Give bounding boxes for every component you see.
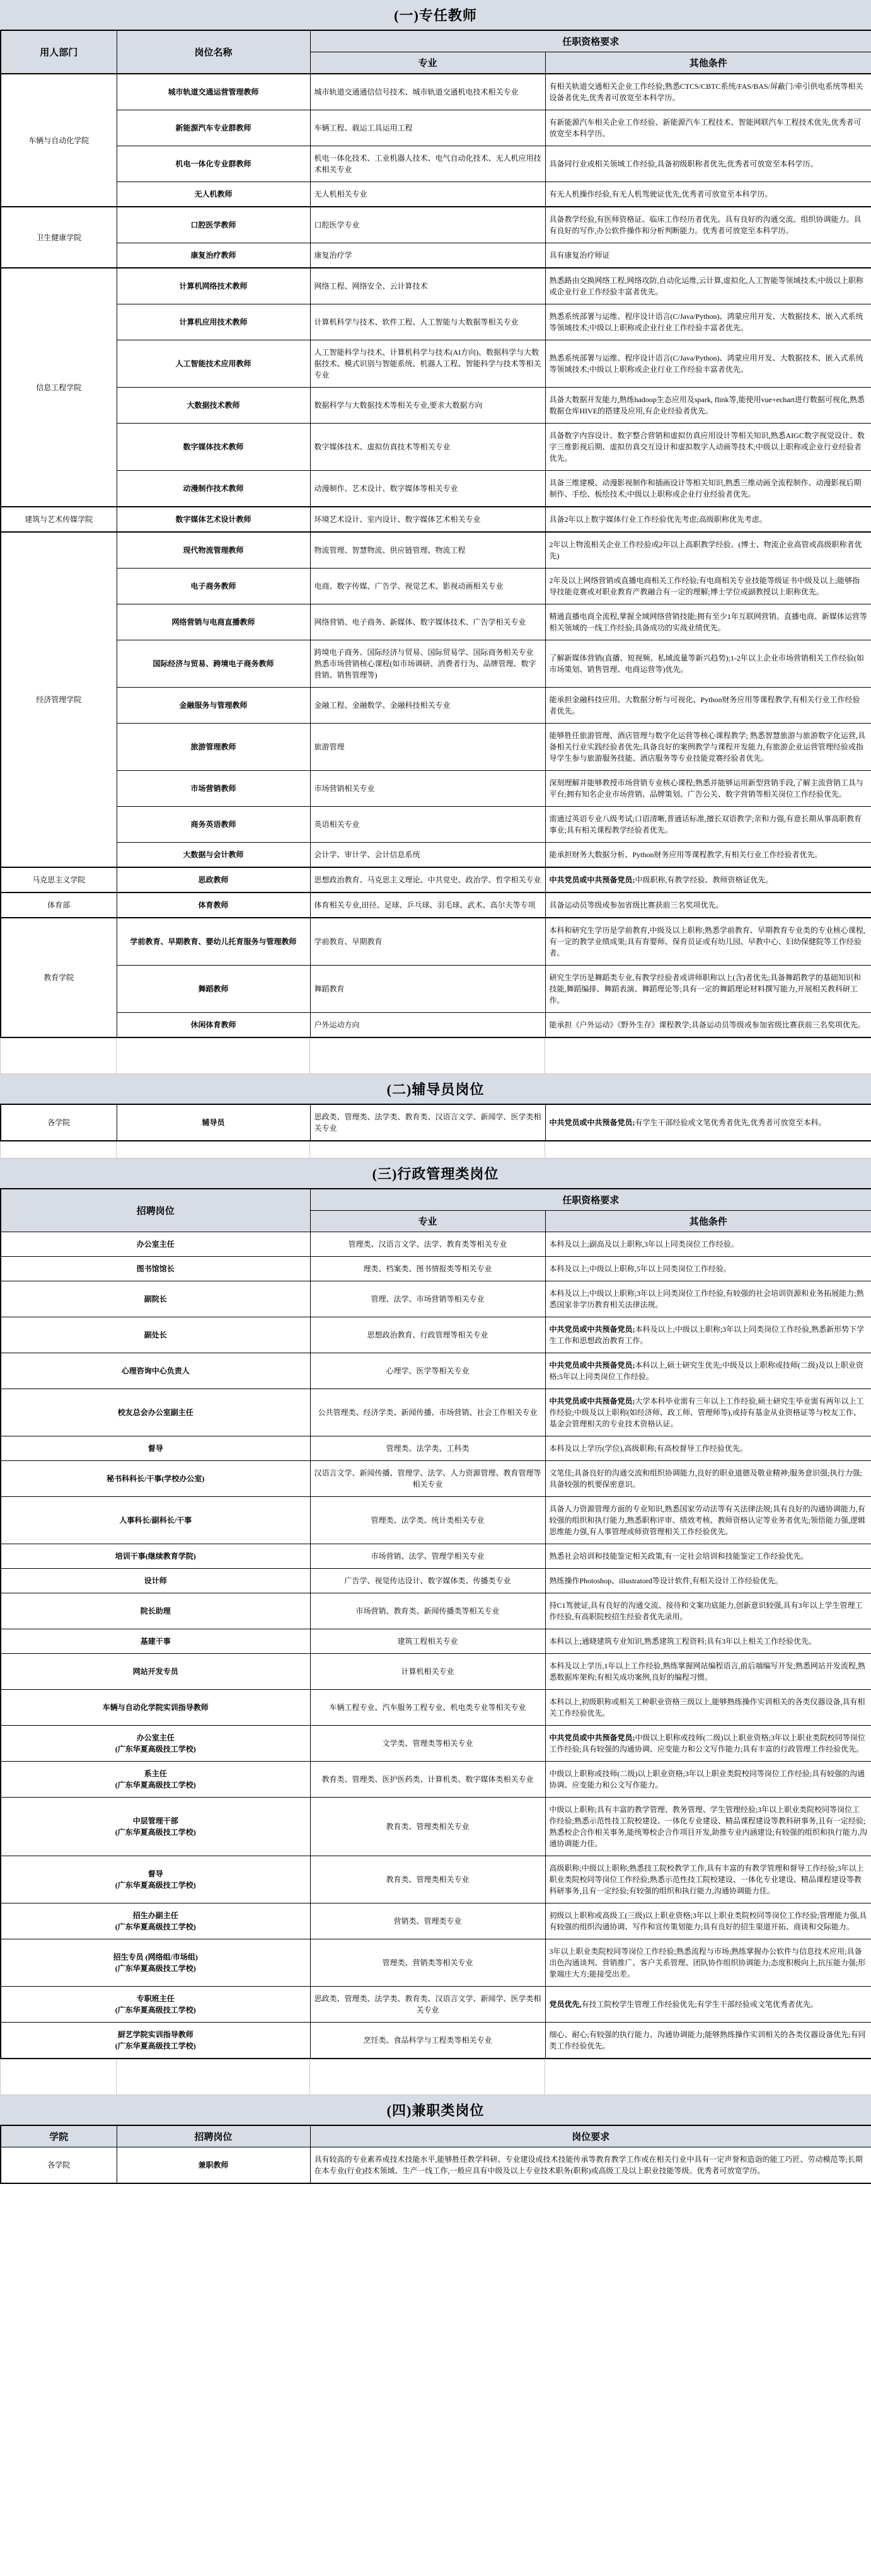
spacer-row bbox=[0, 1038, 871, 1074]
cell-position: 金融服务与管理教师 bbox=[117, 688, 310, 724]
cell-major: 文学类、管理类等相关专业 bbox=[310, 1726, 545, 1762]
table-row: 动漫制作技术教师动漫制作、艺术设计、数字媒体等相关专业具备三维建模、动漫影视制作… bbox=[1, 471, 871, 507]
position-name: 人工智能技术应用教师 bbox=[175, 359, 251, 368]
cell-position: 办公室主任 bbox=[1, 1232, 310, 1257]
cell-other-conditions: 具备教学经验,有医师资格证、临床工作经历者优先。具有良好的沟通交流、组织协调能力… bbox=[545, 207, 871, 243]
cell-text: 细心、耐心;有较强的执行能力、沟通协调能力;能够熟练操作实训相关的各类仪器设备优… bbox=[550, 2030, 866, 2050]
cell-major: 会计学、审计学、会计信息系统 bbox=[310, 843, 545, 868]
table-row: 设计师广告学、视觉传达设计、数字媒体类、传播类专业熟练操作Photoshop、i… bbox=[1, 1569, 871, 1593]
cell-major: 学前教育、早期教育 bbox=[310, 918, 545, 966]
position-name: 秘书科科长/干事(学校办公室) bbox=[107, 1474, 204, 1483]
cell-text: 了解新媒体营销(直播、短视频、私域流量等新兴趋势);1-2年以上企业市场营销相关… bbox=[550, 654, 864, 674]
position-name: 设计师 bbox=[5, 1575, 306, 1586]
position-school-suffix: (广东华夏高级技工学校) bbox=[115, 2042, 196, 2050]
cell-other-conditions: 中级以上职称或技师(二级)以上职业资格;3年以上职业类院校同等岗位工作经验;具有… bbox=[545, 1762, 871, 1798]
cell-text: 持C1驾驶证,具有良好的沟通交流、接待和文案功底能力,创新意识较强,具有3年以上… bbox=[550, 1601, 863, 1621]
position-name: 商务英语教师 bbox=[190, 820, 236, 829]
header-college: 学院 bbox=[1, 2125, 117, 2147]
position-name: 办公室主任 bbox=[137, 1733, 175, 1742]
cell-major: 营销类、管理类专业 bbox=[310, 1903, 545, 1939]
position-name: 系主任 bbox=[5, 1768, 306, 1779]
cell-major: 管理类、法学类、统计类相关专业 bbox=[310, 1497, 545, 1544]
cell-other-conditions: 本科以上;通晓建筑专业知识,熟悉建筑工程资料;具有3年以上相关工作经验优先。 bbox=[545, 1629, 871, 1654]
cell-department: 各学院 bbox=[1, 1104, 117, 1141]
s1-body: 车辆与自动化学院城市轨道交通运营管理教师城市轨道交通通信信号技术、城市轨道交通机… bbox=[1, 74, 871, 1037]
position-school-suffix: (广东华夏高级技工学校) bbox=[5, 1827, 306, 1838]
position-name: 厨艺学院实训指导教师 bbox=[118, 2030, 193, 2039]
cell-major: 管理、法学、市场营销等相关专业 bbox=[310, 1281, 545, 1317]
cell-text: 康复治疗学 bbox=[314, 251, 352, 260]
cell-text: 汉语言文学、新闻传播、管理学、法学、人力资源管理、教育管理等相关专业 bbox=[314, 1469, 541, 1489]
cell-text: 思政类、管理类、法学类、教育类、汉语言文学、新闻学、医学类相关专业 bbox=[314, 1112, 541, 1133]
position-school-suffix: (广东华夏高级技工学校) bbox=[115, 2006, 196, 2014]
table-row: 网站开发专员计算机相关专业本科及以上学历,1年以上工作经验,熟练掌握网站编程语言… bbox=[1, 1654, 871, 1690]
cell-department: 卫生健康学院 bbox=[1, 207, 117, 268]
cell-position: 督导(广东华夏高级技工学校) bbox=[1, 1856, 310, 1903]
cell-other-conditions: 文笔佳;具备良好的沟通交流和组织协调能力,良好的职业道德及敬业精神;服务意识强;… bbox=[545, 1461, 871, 1497]
position-name: 基建干事 bbox=[141, 1637, 171, 1646]
position-name: 秘书科科长/干事(学校办公室) bbox=[5, 1473, 306, 1484]
cell-position: 网站开发专员 bbox=[1, 1654, 310, 1690]
cell-major: 思政类、管理类、法学类、教育类、汉语言文学、新闻学、医学类相关专业 bbox=[310, 1104, 545, 1141]
cell-department: 马克思主义学院 bbox=[1, 867, 117, 892]
header-row: 学院 招聘岗位 岗位要求 bbox=[1, 2125, 871, 2147]
cell-major: 舞蹈教育 bbox=[310, 966, 545, 1013]
cell-other-conditions: 有新能源汽车相关企业工作经验、新能源汽车工程技术、智能网联汽车工程技术优先,优秀… bbox=[545, 110, 871, 146]
cell-position: 人事科长/副科长/干事 bbox=[1, 1497, 310, 1544]
cell-major: 市场营销、法学、管理学相关专业 bbox=[310, 1544, 545, 1569]
cell-text: 市场营销、教育类、新闻传播类等相关专业 bbox=[355, 1607, 499, 1615]
cell-position: 康复治疗教师 bbox=[117, 243, 310, 269]
cell-major: 人工智能科学与技术、计算机科学与技术(AI方向)、数据科学与大数据技术、模式识别… bbox=[310, 340, 545, 388]
position-school-suffix: (广东华夏高级技工学校) bbox=[115, 1964, 196, 1973]
empty-cell bbox=[545, 1038, 871, 1074]
cell-position: 城市轨道交通运营管理教师 bbox=[117, 74, 310, 110]
position-name: 办公室主任 bbox=[5, 1732, 306, 1743]
position-name: 校友总会办公室副主任 bbox=[118, 1408, 193, 1417]
position-name: 副处长 bbox=[5, 1329, 306, 1341]
cell-text: 教育类、管理类、医护医药类、计算机类、数字媒体类相关专业 bbox=[321, 1775, 533, 1784]
cell-text: 动漫制作、艺术设计、数字媒体等相关专业 bbox=[314, 484, 458, 493]
table-row: 大数据与会计教师会计学、审计学、会计信息系统能承担财务大数据分析、Python财… bbox=[1, 843, 871, 868]
cell-text: 数据科学与大数据技术等相关专业,要求大数据方向 bbox=[314, 401, 483, 410]
position-name: 人事科长/副科长/干事 bbox=[5, 1515, 306, 1526]
cell-position: 系主任(广东华夏高级技工学校) bbox=[1, 1762, 310, 1798]
table-row: 培训干事(继续教育学院)市场营销、法学、管理学相关专业熟悉社会培训和技能鉴定相关… bbox=[1, 1544, 871, 1569]
cell-position: 招生办副主任(广东华夏高级技工学校) bbox=[1, 1903, 310, 1939]
header-position-requirements: 岗位要求 bbox=[310, 2125, 871, 2147]
cell-text: 具有较高的专业素养或技术技能水平,能够胜任教学科研、专业建设或技术技能传承等教育… bbox=[314, 2155, 863, 2175]
cell-text: 熟悉社会培训和技能鉴定相关政策,有一定社会培训和技能鉴定工作经验优先。 bbox=[550, 1552, 809, 1561]
cell-major: 动漫制作、艺术设计、数字媒体等相关专业 bbox=[310, 471, 545, 507]
cell-text: 学前教育、早期教育 bbox=[314, 937, 383, 946]
table-row: 校友总会办公室副主任公共管理类、经济学类、新闻传播、市场营销、社会工作相关专业中… bbox=[1, 1389, 871, 1436]
cell-text: 思政类、管理类、法学类、教育类、汉语言文学、新闻学、医学类相关专业 bbox=[314, 1994, 541, 2014]
table-row: 专职班主任(广东华夏高级技工学校)思政类、管理类、法学类、教育类、汉语言文学、新… bbox=[1, 1987, 871, 2023]
position-name: 无人机教师 bbox=[194, 190, 232, 199]
cell-major: 康复治疗学 bbox=[310, 243, 545, 269]
cell-text: 市场营销相关专业 bbox=[314, 784, 375, 793]
cell-other-conditions: 党员优先,有技工院校学生管理工作经验优先;有学生干部经验或文笔优秀者优先。 bbox=[545, 1987, 871, 2023]
position-school-suffix: (广东华夏高级技工学校) bbox=[5, 1880, 306, 1891]
cell-other-conditions: 能承担《户外运动》《野外生存》课程教学;具备运动员等级或参加省级比赛获前三名奖项… bbox=[545, 1013, 871, 1038]
table-row: 厨艺学院实训指导教师(广东华夏高级技工学校)烹饪类、食品科学与工程类等相关专业细… bbox=[1, 2023, 871, 2059]
cell-text: 具备大数据开发能力,熟练hadoop生态应用及spark, flink等,能使用… bbox=[550, 395, 865, 415]
table-row: 教育学院学前教育、早期教育、婴幼儿托育服务与管理教师学前教育、早期教育本科和研究… bbox=[1, 918, 871, 966]
position-name: 招生专员 (网络组/市场组) bbox=[5, 1951, 306, 1963]
cell-position: 校友总会办公室副主任 bbox=[1, 1389, 310, 1436]
cell-position: 副院长 bbox=[1, 1281, 310, 1317]
cell-other-conditions: 熟悉系统部署与运维、程序设计语言(C/Java/Python)、鸿蒙应用开发、大… bbox=[545, 340, 871, 388]
table-row: 计算机应用技术教师计算机科学与技术、软件工程、人工智能与大数据等相关专业熟悉系统… bbox=[1, 304, 871, 340]
table-row: 电子商务教师电商、数字传媒、广告学、视觉艺术、影视动画相关专业2年及以上网络营销… bbox=[1, 569, 871, 604]
cell-text: 本科及以上;中级以上职称;3年以上同类岗位工作经验,有较强的社会培训资源和业务拓… bbox=[550, 1289, 864, 1309]
cell-major: 管理类、汉语言文学、法学、教育类等相关专业 bbox=[310, 1232, 545, 1257]
cell-text: 高级职称;中级以上职称;熟悉技工院校教学工作,具有丰富的有教学管理和督导工作经验… bbox=[550, 1864, 864, 1895]
position-name: 厨艺学院实训指导教师 bbox=[5, 2029, 306, 2040]
s4-body: 各学院兼职教师具有较高的专业素养或技术技能水平,能够胜任教学科研、专业建设或技术… bbox=[1, 2147, 871, 2184]
table-row: 办公室主任(广东华夏高级技工学校)文学类、管理类等相关专业中共党员或中共预备党员… bbox=[1, 1726, 871, 1762]
cell-position: 思政教师 bbox=[117, 867, 310, 892]
position-name: 康复治疗教师 bbox=[190, 251, 236, 260]
position-name: 计算机应用技术教师 bbox=[179, 318, 247, 326]
table-row: 基建干事建筑工程相关专业本科以上;通晓建筑专业知识,熟悉建筑工程资料;具有3年以… bbox=[1, 1629, 871, 1654]
position-name: 金融服务与管理教师 bbox=[179, 701, 247, 710]
cell-major: 网络营销、电子商务、新媒体、数字媒体技术、广告学相关专业 bbox=[310, 604, 545, 640]
cell-position: 大数据与会计教师 bbox=[117, 843, 310, 868]
position-name: 车辆与自动化学院实训指导教师 bbox=[5, 1702, 306, 1713]
cell-other-conditions: 具备运动员等级或参加省级比赛获前三名奖项优先。 bbox=[545, 892, 871, 918]
header-row: 用人部门 岗位名称 任职资格要求 bbox=[1, 30, 871, 52]
cell-text: 有技工院校学生管理工作经验优先;有学生干部经验或文笔优秀者优先。 bbox=[582, 2000, 818, 2009]
table-row: 体育部体育教师体育相关专业,田径、足球、乒乓球、羽毛球、武术、高尔夫等专项具备运… bbox=[1, 892, 871, 918]
table-row: 招生办副主任(广东华夏高级技工学校)营销类、管理类专业初级以上职称或高级工(三级… bbox=[1, 1903, 871, 1939]
cell-position: 新能源汽车专业群教师 bbox=[117, 110, 310, 146]
cell-other-conditions: 熟悉社会培训和技能鉴定相关政策,有一定社会培训和技能鉴定工作经验优先。 bbox=[545, 1544, 871, 1569]
cell-text: 机电一体化技术、工业机器人技术、电气自动化技术、无人机应用技术相关专业 bbox=[314, 154, 541, 174]
cell-major: 旅游管理 bbox=[310, 724, 545, 771]
cell-text: 能承担《户外运动》《野外生存》课程教学;具备运动员等级或参加省级比赛获前三名奖项… bbox=[550, 1020, 865, 1029]
cell-text: 思想政治教育、行政管理等相关专业 bbox=[367, 1331, 488, 1339]
cell-other-conditions: 中共党员或中共预备党员;本科及以上;中级以上职称;3年以上同类岗位工作经验,熟悉… bbox=[545, 1317, 871, 1353]
table-row: 国际经济与贸易、跨境电子商务教师跨境电子商务、国际经济与贸易、国际贸易学、国际商… bbox=[1, 640, 871, 688]
cell-other-conditions: 中共党员或中共预备党员;大学本科毕业需有三年以上工作经验,硕士研究生毕业需有两年… bbox=[545, 1389, 871, 1436]
cell-text: 具备三维建模、动漫影视制作和插画设计等相关知识,熟悉三维动画全流程制作、动漫影视… bbox=[550, 478, 862, 499]
cell-text: 有无人机操作经验,有无人机驾驶证优先,优秀者可放宽至本科学历。 bbox=[550, 190, 773, 199]
position-name: 图书馆馆长 bbox=[5, 1263, 306, 1274]
cell-text: 深刻理解并能够教授市场营销专业核心课程;熟悉并能够运用新型营销手段,了解主流营销… bbox=[550, 778, 863, 799]
cell-position: 副处长 bbox=[1, 1317, 310, 1353]
position-name: 专职班主任 bbox=[137, 1994, 175, 2003]
emphasized-requirement: 中共党员或中共预备党员; bbox=[550, 1361, 635, 1370]
cell-text: 环境艺术设计、室内设计、数字媒体艺术相关专业 bbox=[314, 515, 481, 524]
position-school-suffix: (广东华夏高级技工学校) bbox=[115, 1922, 196, 1931]
cell-text: 旅游管理 bbox=[314, 742, 345, 751]
cell-text: 体育相关专业,田径、足球、乒乓球、羽毛球、武术、高尔夫等专项 bbox=[314, 901, 536, 910]
cell-text: 3年以上职业类院校同等岗位工作经验;熟悉流程与市场;熟练掌握办公软件与信息技术应… bbox=[550, 1947, 866, 1978]
cell-major: 心理学、医学等相关专业 bbox=[310, 1353, 545, 1389]
empty-cell bbox=[310, 1141, 545, 1158]
position-name: 机电一体化专业群教师 bbox=[175, 159, 251, 168]
position-name: 数字媒体艺术设计教师 bbox=[175, 515, 251, 524]
cell-other-conditions: 深刻理解并能够教授市场营销专业核心课程;熟悉并能够运用新型营销手段,了解主流营销… bbox=[545, 771, 871, 807]
s3-body: 办公室主任管理类、汉语言文学、法学、教育类等相关专业本科及以上;副高及以上职称,… bbox=[1, 1232, 871, 2059]
college-name: 各学院 bbox=[47, 2161, 70, 2169]
position-name: 招生专员 (网络组/市场组) bbox=[113, 1953, 198, 1961]
cell-text: 管理类、汉语言文学、法学、教育类等相关专业 bbox=[348, 1240, 507, 1249]
cell-position: 辅导员 bbox=[117, 1104, 310, 1141]
position-name: 计算机网络技术教师 bbox=[179, 282, 247, 291]
counselor-table: 各学院辅导员思政类、管理类、法学类、教育类、汉语言文学、新闻学、医学类相关专业中… bbox=[0, 1104, 871, 1141]
position-name: 办公室主任 bbox=[137, 1240, 175, 1249]
cell-position: 数字媒体技术教师 bbox=[117, 424, 310, 471]
cell-other-conditions: 具备2年以上数字媒体行业工作经验优先考虑;高级职称优先考虑。 bbox=[545, 507, 871, 532]
position-name: 心理咨询中心负责人 bbox=[122, 1366, 190, 1375]
cell-position: 厨艺学院实训指导教师(广东华夏高级技工学校) bbox=[1, 2023, 310, 2059]
cell-text: 本科及以上学历,1年以上工作经验,熟练掌握网站编程语言,前后端编写开发;熟悉网站… bbox=[550, 1661, 865, 1682]
position-name: 系主任 bbox=[144, 1769, 167, 1778]
position-name: 副处长 bbox=[144, 1331, 167, 1339]
cell-major: 理类、档案类、图书情报类等相关专业 bbox=[310, 1257, 545, 1281]
cell-department: 信息工程学院 bbox=[1, 268, 117, 507]
header-department: 用人部门 bbox=[1, 30, 117, 74]
cell-text: 本科以上;通晓建筑专业知识,熟悉建筑工程资料;具有3年以上相关工作经验优先。 bbox=[550, 1637, 817, 1646]
cell-text: 口腔医学专业 bbox=[314, 221, 360, 229]
cell-major: 电商、数字传媒、广告学、视觉艺术、影视动画相关专业 bbox=[310, 569, 545, 604]
position-name: 电子商务教师 bbox=[190, 582, 236, 591]
cell-position-requirements: 具有较高的专业素养或技术技能水平,能够胜任教学科研、专业建设或技术技能传承等教育… bbox=[310, 2147, 871, 2184]
cell-position: 旅游管理教师 bbox=[117, 724, 310, 771]
spacer-row bbox=[0, 1141, 871, 1158]
cell-text: 心理学、医学等相关专业 bbox=[386, 1366, 469, 1375]
cell-text: 舞蹈教育 bbox=[314, 985, 345, 993]
cell-position: 大数据技术教师 bbox=[117, 388, 310, 424]
cell-text: 精通直播电商全流程,掌握全域网络营销技能;拥有至少1年互联网营销、直播电商、新媒… bbox=[550, 612, 867, 632]
cell-major: 户外运动方向 bbox=[310, 1013, 545, 1038]
emphasized-requirement: 党员优先, bbox=[550, 2000, 582, 2009]
cell-text: 有相关轨道交通相关企业工作经验;熟悉CTCS/CBTC系统/FAS/BAS/屏蔽… bbox=[550, 82, 863, 102]
position-name: 休闲体育教师 bbox=[190, 1020, 236, 1029]
table-row: 经济管理学院现代物流管理教师物流管理、智慧物流、供应链管理、物流工程2年以上物流… bbox=[1, 532, 871, 569]
cell-text: 2年以上物流相关企业工作经验或2年以上高职教学经验。(博士、物流企业高管或高级职… bbox=[550, 540, 862, 560]
table-row: 旅游管理教师旅游管理能够胜任旅游管理、酒店管理与数字化运营等核心课程教学; 熟悉… bbox=[1, 724, 871, 771]
department-name: 车辆与自动化学院 bbox=[28, 136, 89, 145]
header-position-name: 岗位名称 bbox=[117, 30, 310, 74]
cell-text: 跨境电子商务、国际经济与贸易、国际贸易学、国际商务相关专业 熟悉市场营销核心课程… bbox=[314, 648, 536, 679]
empty-cell bbox=[117, 1141, 310, 1158]
section-3-title: (三)行政管理类岗位 bbox=[0, 1158, 871, 1188]
empty-cell bbox=[310, 1038, 545, 1074]
cell-position: 网络营销与电商直播教师 bbox=[117, 604, 310, 640]
table-row: 秘书科科长/干事(学校办公室)汉语言文学、新闻传播、管理学、法学、人力资源管理、… bbox=[1, 1461, 871, 1497]
position-name: 中层管理干部 bbox=[133, 1816, 178, 1825]
position-name: 基建干事 bbox=[5, 1636, 306, 1647]
cell-text: 教育类、管理类相关专业 bbox=[386, 1822, 469, 1831]
table-row: 机电一体化专业群教师机电一体化技术、工业机器人技术、电气自动化技术、无人机应用技… bbox=[1, 146, 871, 182]
cell-text: 本科及以上学历(学位),高级职称;有高校督导工作经验优先。 bbox=[550, 1444, 747, 1453]
position-name: 人事科长/副科长/干事 bbox=[119, 1516, 192, 1525]
cell-text: 网络工程、网络安全、云计算技术 bbox=[314, 282, 428, 291]
position-school-suffix: (广东华夏高级技工学校) bbox=[5, 1921, 306, 1932]
position-name: 国际经济与贸易、跨境电子商务教师 bbox=[153, 659, 274, 668]
table-row: 康复治疗教师康复治疗学具有康复治疗师证 bbox=[1, 243, 871, 269]
cell-position: 计算机应用技术教师 bbox=[117, 304, 310, 340]
position-name: 大数据与会计教师 bbox=[183, 850, 243, 859]
position-name: 体育教师 bbox=[198, 901, 228, 910]
position-name: 网站开发专员 bbox=[5, 1666, 306, 1677]
cell-position: 国际经济与贸易、跨境电子商务教师 bbox=[117, 640, 310, 688]
cell-other-conditions: 熟悉路由交换网络工程,网络攻防,自动化运维,云计算,虚拟化,人工智能等领域技术;… bbox=[545, 268, 871, 304]
cell-text: 金融工程、金融数学、金融科技相关专业 bbox=[314, 701, 451, 710]
empty-cell bbox=[545, 1141, 871, 1158]
cell-other-conditions: 有无人机操作经验,有无人机驾驶证优先,优秀者可放宽至本科学历。 bbox=[545, 182, 871, 207]
empty-cell bbox=[1, 2059, 117, 2095]
cell-other-conditions: 初级以上职称或高级工(三级)以上职业资格;3年以上职业类院校同等岗位工作经验;管… bbox=[545, 1903, 871, 1939]
full-time-teachers-table: 用人部门 岗位名称 任职资格要求 专业 其他条件 车辆与自动化学院城市轨道交通运… bbox=[0, 30, 871, 1038]
cell-text: 需通过英语专业八级考试;口语清晰,普通话标准,擅长双语教学;亲和力强,有意长期从… bbox=[550, 814, 862, 835]
table-row: 各学院兼职教师具有较高的专业素养或技术技能水平,能够胜任教学科研、专业建设或技术… bbox=[1, 2147, 871, 2184]
cell-position: 体育教师 bbox=[117, 892, 310, 918]
table-row: 市场营销教师市场营销相关专业深刻理解并能够教授市场营销专业核心课程;熟悉并能够运… bbox=[1, 771, 871, 807]
table-row: 督导管理类、法学类、工科类本科及以上学历(学位),高级职称;有高校督导工作经验优… bbox=[1, 1436, 871, 1461]
position-name: 网络营销与电商直播教师 bbox=[171, 618, 255, 627]
cell-text: 网络营销、电子商务、新媒体、数字媒体技术、广告学相关专业 bbox=[314, 618, 526, 627]
cell-other-conditions: 本科及以上;副高及以上职称,3年以上同类岗位工作经验。 bbox=[545, 1232, 871, 1257]
cell-other-conditions: 能承担金融科技应用、大数据分析与可视化、Python财务应用等课程教学,有相关行… bbox=[545, 688, 871, 724]
cell-text: 营销类、管理类专业 bbox=[393, 1917, 461, 1926]
table-row: 院长助理市场营销、教育类、新闻传播类等相关专业持C1驾驶证,具有良好的沟通交流、… bbox=[1, 1593, 871, 1629]
cell-text: 中级职称,有教学经验、教师资格证优先。 bbox=[635, 875, 773, 884]
cell-text: 熟练操作Photoshop、illustratord等设计软件,有相关设计工作经… bbox=[550, 1576, 783, 1585]
empty-cell bbox=[117, 2059, 310, 2095]
cell-text: 数字媒体技术、虚拟仿真技术等相关专业 bbox=[314, 442, 451, 451]
empty-cell bbox=[1, 1141, 117, 1158]
table-row: 无人机教师无人机相关专业有无人机操作经验,有无人机驾驶证优先,优秀者可放宽至本科… bbox=[1, 182, 871, 207]
empty-cell bbox=[545, 2059, 871, 2095]
cell-text: 文学类、管理类等相关专业 bbox=[382, 1739, 473, 1748]
cell-position: 设计师 bbox=[1, 1569, 310, 1593]
cell-text: 烹饪类、食品科学与工程类等相关专业 bbox=[363, 2036, 492, 2045]
cell-text: 熟悉路由交换网络工程,网络攻防,自动化运维,云计算,虚拟化,人工智能等领域技术;… bbox=[550, 276, 863, 296]
position-name: 图书馆馆长 bbox=[137, 1264, 175, 1273]
cell-text: 具有康复治疗师证 bbox=[550, 251, 610, 260]
position-name: 新能源汽车专业群教师 bbox=[175, 124, 251, 132]
cell-major: 市场营销、教育类、新闻传播类等相关专业 bbox=[310, 1593, 545, 1629]
table-row: 车辆与自动化学院城市轨道交通运营管理教师城市轨道交通通信信号技术、城市轨道交通机… bbox=[1, 74, 871, 110]
cell-text: 英语相关专业 bbox=[314, 820, 360, 829]
department-name: 信息工程学院 bbox=[36, 383, 81, 392]
department-name: 经济管理学院 bbox=[36, 695, 81, 704]
table-row: 系主任(广东华夏高级技工学校)教育类、管理类、医护医药类、计算机类、数字媒体类相… bbox=[1, 1762, 871, 1798]
empty-cell bbox=[117, 1038, 310, 1074]
cell-text: 具备人力资源管理方面的专业知识,熟悉国家劳动法等有关法律法规;具有良好的沟通协调… bbox=[550, 1505, 865, 1536]
table-row: 大数据技术教师数据科学与大数据技术等相关专业,要求大数据方向具备大数据开发能力,… bbox=[1, 388, 871, 424]
position-name: 副院长 bbox=[144, 1295, 167, 1303]
cell-position: 休闲体育教师 bbox=[117, 1013, 310, 1038]
header-other-conditions: 其他条件 bbox=[545, 1211, 871, 1232]
position-name: 招生办副主任 bbox=[5, 1910, 306, 1921]
position-school-suffix: (广东华夏高级技工学校) bbox=[5, 2004, 306, 2016]
cell-other-conditions: 具备同行业或相关领域工作经验,具备初级职称者优先,优秀者可放宽至本科学历。 bbox=[545, 146, 871, 182]
empty-cell bbox=[310, 2059, 545, 2095]
cell-other-conditions: 能够胜任旅游管理、酒店管理与数字化运营等核心课程教学; 熟悉智慧旅游与旅游数字化… bbox=[545, 724, 871, 771]
position-name: 辅导员 bbox=[202, 1118, 224, 1127]
department-name: 各学院 bbox=[47, 1118, 70, 1127]
cell-other-conditions: 熟练操作Photoshop、illustratord等设计软件,有相关设计工作经… bbox=[545, 1569, 871, 1593]
position-name: 中层管理干部 bbox=[5, 1815, 306, 1827]
cell-position: 动漫制作技术教师 bbox=[117, 471, 310, 507]
position-school-suffix: (广东华夏高级技工学校) bbox=[115, 1745, 196, 1753]
cell-other-conditions: 中共党员或中共预备党员;中级以上职称或技师(二级)以上职业资格;3年以上职业类院… bbox=[545, 1726, 871, 1762]
cell-text: 熟悉系统部署与运维、程序设计语言(C/Java/Python)、鸿蒙应用开发、大… bbox=[550, 312, 863, 332]
cell-text: 具备教学经验,有医师资格证、临床工作经历者优先。具有良好的沟通交流、组织协调能力… bbox=[550, 215, 862, 235]
cell-other-conditions: 具备人力资源管理方面的专业知识,熟悉国家劳动法等有关法律法规;具有良好的沟通协调… bbox=[545, 1497, 871, 1544]
cell-major: 体育相关专业,田径、足球、乒乓球、羽毛球、武术、高尔夫等专项 bbox=[310, 892, 545, 918]
position-name: 督导 bbox=[148, 1869, 163, 1878]
cell-text: 车辆工程专业、汽车服务工程专业、机电类专业等相关专业 bbox=[329, 1703, 526, 1712]
cell-position: 口腔医学教师 bbox=[117, 207, 310, 243]
cell-position: 心理咨询中心负责人 bbox=[1, 1353, 310, 1389]
table-row: 新能源汽车专业群教师车辆工程、载运工具运用工程有新能源汽车相关企业工作经验、新能… bbox=[1, 110, 871, 146]
cell-major: 市场营销相关专业 bbox=[310, 771, 545, 807]
table-row: 网络营销与电商直播教师网络营销、电子商务、新媒体、数字媒体技术、广告学相关专业精… bbox=[1, 604, 871, 640]
cell-position: 电子商务教师 bbox=[117, 569, 310, 604]
cell-major: 管理类、法学类、工科类 bbox=[310, 1436, 545, 1461]
position-name: 督导 bbox=[148, 1444, 163, 1453]
emphasized-requirement: 中共党员或中共预备党员; bbox=[550, 875, 635, 884]
cell-major: 公共管理类、经济学类、新闻传播、市场营销、社会工作相关专业 bbox=[310, 1389, 545, 1436]
cell-text: 本科及以上;中级以上职称,5年以上同类岗位工作经验。 bbox=[550, 1264, 731, 1273]
cell-position: 人工智能技术应用教师 bbox=[117, 340, 310, 388]
cell-college: 各学院 bbox=[1, 2147, 117, 2184]
table-row: 招生专员 (网络组/市场组)(广东华夏高级技工学校)管理类、营销类等相关专业3年… bbox=[1, 1939, 871, 1987]
cell-text: 物流管理、智慧物流、供应链管理、物流工程 bbox=[314, 546, 466, 555]
cell-text: 中级以上职称或技师(二级)以上职业资格;3年以上职业类院校同等岗位工作经验;具有… bbox=[550, 1769, 865, 1789]
cell-position: 现代物流管理教师 bbox=[117, 532, 310, 569]
cell-major: 车辆工程、载运工具运用工程 bbox=[310, 110, 545, 146]
position-name: 专职班主任 bbox=[5, 1993, 306, 2004]
cell-position: 院长助理 bbox=[1, 1593, 310, 1629]
position-name: 办公室主任 bbox=[5, 1239, 306, 1250]
cell-text: 市场营销、法学、管理学相关专业 bbox=[371, 1552, 484, 1561]
cell-position: 车辆与自动化学院实训指导教师 bbox=[1, 1690, 310, 1726]
position-name: 城市轨道交通运营管理教师 bbox=[168, 88, 258, 96]
cell-text: 本科和研究生学历是学前教育,中级及以上职称;熟悉学前教育、早期教育专业类的专业核… bbox=[550, 926, 865, 957]
cell-major: 机电一体化技术、工业机器人技术、电气自动化技术、无人机应用技术相关专业 bbox=[310, 146, 545, 182]
cell-other-conditions: 本科及以上;中级以上职称,5年以上同类岗位工作经验。 bbox=[545, 1257, 871, 1281]
table-row: 商务英语教师英语相关专业需通过英语专业八级考试;口语清晰,普通话标准,擅长双语教… bbox=[1, 807, 871, 843]
cell-department: 车辆与自动化学院 bbox=[1, 74, 117, 207]
cell-position: 市场营销教师 bbox=[117, 771, 310, 807]
position-school-suffix: (广东华夏高级技工学校) bbox=[115, 1881, 196, 1890]
cell-position: 招生专员 (网络组/市场组)(广东华夏高级技工学校) bbox=[1, 1939, 310, 1987]
cell-department: 教育学院 bbox=[1, 918, 117, 1037]
header-qualification: 任职资格要求 bbox=[310, 30, 871, 52]
position-name: 院长助理 bbox=[141, 1607, 171, 1615]
cell-other-conditions: 2年以上物流相关企业工作经验或2年以上高职教学经验。(博士、物流企业高管或高级职… bbox=[545, 532, 871, 569]
cell-text: 研究生学历是舞蹈类专业,有教学经验者或讲师职称以上(含)者优先;具备舞蹈教学的基… bbox=[550, 973, 861, 1005]
cell-text: 具备数字内容设计、数字整合营销和虚拟仿真应用设计等相关知识,熟悉AIGC数字视觉… bbox=[550, 431, 865, 463]
table-row: 金融服务与管理教师金融工程、金融数学、金融科技相关专业能承担金融科技应用、大数据… bbox=[1, 688, 871, 724]
department-name: 马克思主义学院 bbox=[32, 875, 85, 884]
section-2-title: (二)辅导员岗位 bbox=[0, 1074, 871, 1104]
position-school-suffix: (广东华夏高级技工学校) bbox=[5, 1779, 306, 1791]
section-4-title: (四)兼职类岗位 bbox=[0, 2095, 871, 2125]
cell-text: 人工智能科学与技术、计算机科学与技术(AI方向)、数据科学与大数据技术、模式识别… bbox=[314, 348, 541, 379]
cell-text: 初级以上职称或高级工(三级)以上职业资格;3年以上职业类院校同等岗位工作经验;管… bbox=[550, 1911, 867, 1931]
cell-other-conditions: 3年以上职业类院校同等岗位工作经验;熟悉流程与市场;熟练掌握办公软件与信息技术应… bbox=[545, 1939, 871, 1987]
cell-other-conditions: 需通过英语专业八级考试;口语清晰,普通话标准,擅长双语教学;亲和力强,有意长期从… bbox=[545, 807, 871, 843]
